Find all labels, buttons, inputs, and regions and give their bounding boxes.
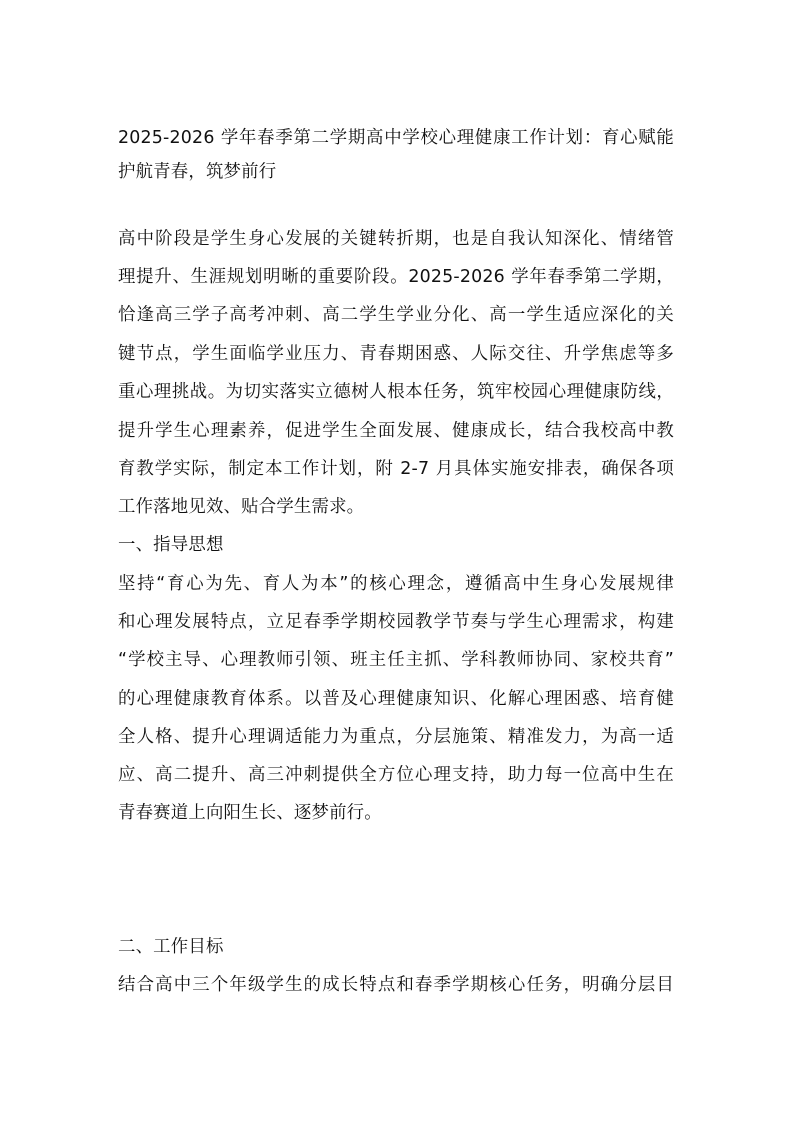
section-heading-guiding-ideology: 一、指导思想 bbox=[118, 534, 224, 556]
section1-line: 和心理发展特点，立足春季学期校园教学节奏与学生心理需求，构建 bbox=[118, 611, 674, 633]
intro-line: 恰逢高三学子高考冲刺、高二学生学业分化、高一学生适应深化的关 bbox=[118, 304, 674, 326]
intro-line: 重心理挑战。为切实落实立德树人根本任务，筑牢校园心理健康防线， bbox=[118, 381, 674, 403]
section1-line: 全人格、提升心理调适能力为重点，分层施策、精准发力，为高一适 bbox=[118, 726, 674, 748]
document-title-line-1: 2025-2026 学年春季第二学期高中学校心理健康工作计划：育心赋能 bbox=[118, 127, 674, 149]
intro-line: 工作落地见效、贴合学生需求。 bbox=[118, 496, 364, 518]
section1-line: 应、高二提升、高三冲刺提供全方位心理支持，助力每一位高中生在 bbox=[118, 764, 674, 786]
intro-line: 提升学生心理素养，促进学生全面发展、健康成长，结合我校高中教 bbox=[118, 420, 674, 442]
intro-line: 理提升、生涯规划明晰的重要阶段。2025-2026 学年春季第二学期， bbox=[118, 266, 674, 288]
intro-line: 育教学实际，制定本工作计划，附 2-7 月具体实施安排表，确保各项 bbox=[118, 458, 674, 480]
intro-line: 键节点，学生面临学业压力、青春期困惑、人际交往、升学焦虑等多 bbox=[118, 343, 674, 365]
section1-line: 的心理健康教育体系。以普及心理健康知识、化解心理困惑、培育健 bbox=[118, 688, 674, 710]
section2-line: 结合高中三个年级学生的成长特点和春季学期核心任务，明确分层目 bbox=[118, 974, 674, 996]
document-title-line-2: 护航青春，筑梦前行 bbox=[118, 161, 276, 183]
section1-line: 坚持“育心为先、育人为本”的核心理念，遵循高中生身心发展规律 bbox=[118, 573, 674, 595]
intro-line: 高中阶段是学生身心发展的关键转折期，也是自我认知深化、情绪管 bbox=[118, 228, 674, 250]
section-heading-work-goals: 二、工作目标 bbox=[118, 936, 224, 958]
section1-line: 青春赛道上向阳生长、逐梦前行。 bbox=[118, 802, 382, 824]
section1-line: “学校主导、心理教师引领、班主任主抓、学科教师协同、家校共育” bbox=[118, 649, 674, 671]
